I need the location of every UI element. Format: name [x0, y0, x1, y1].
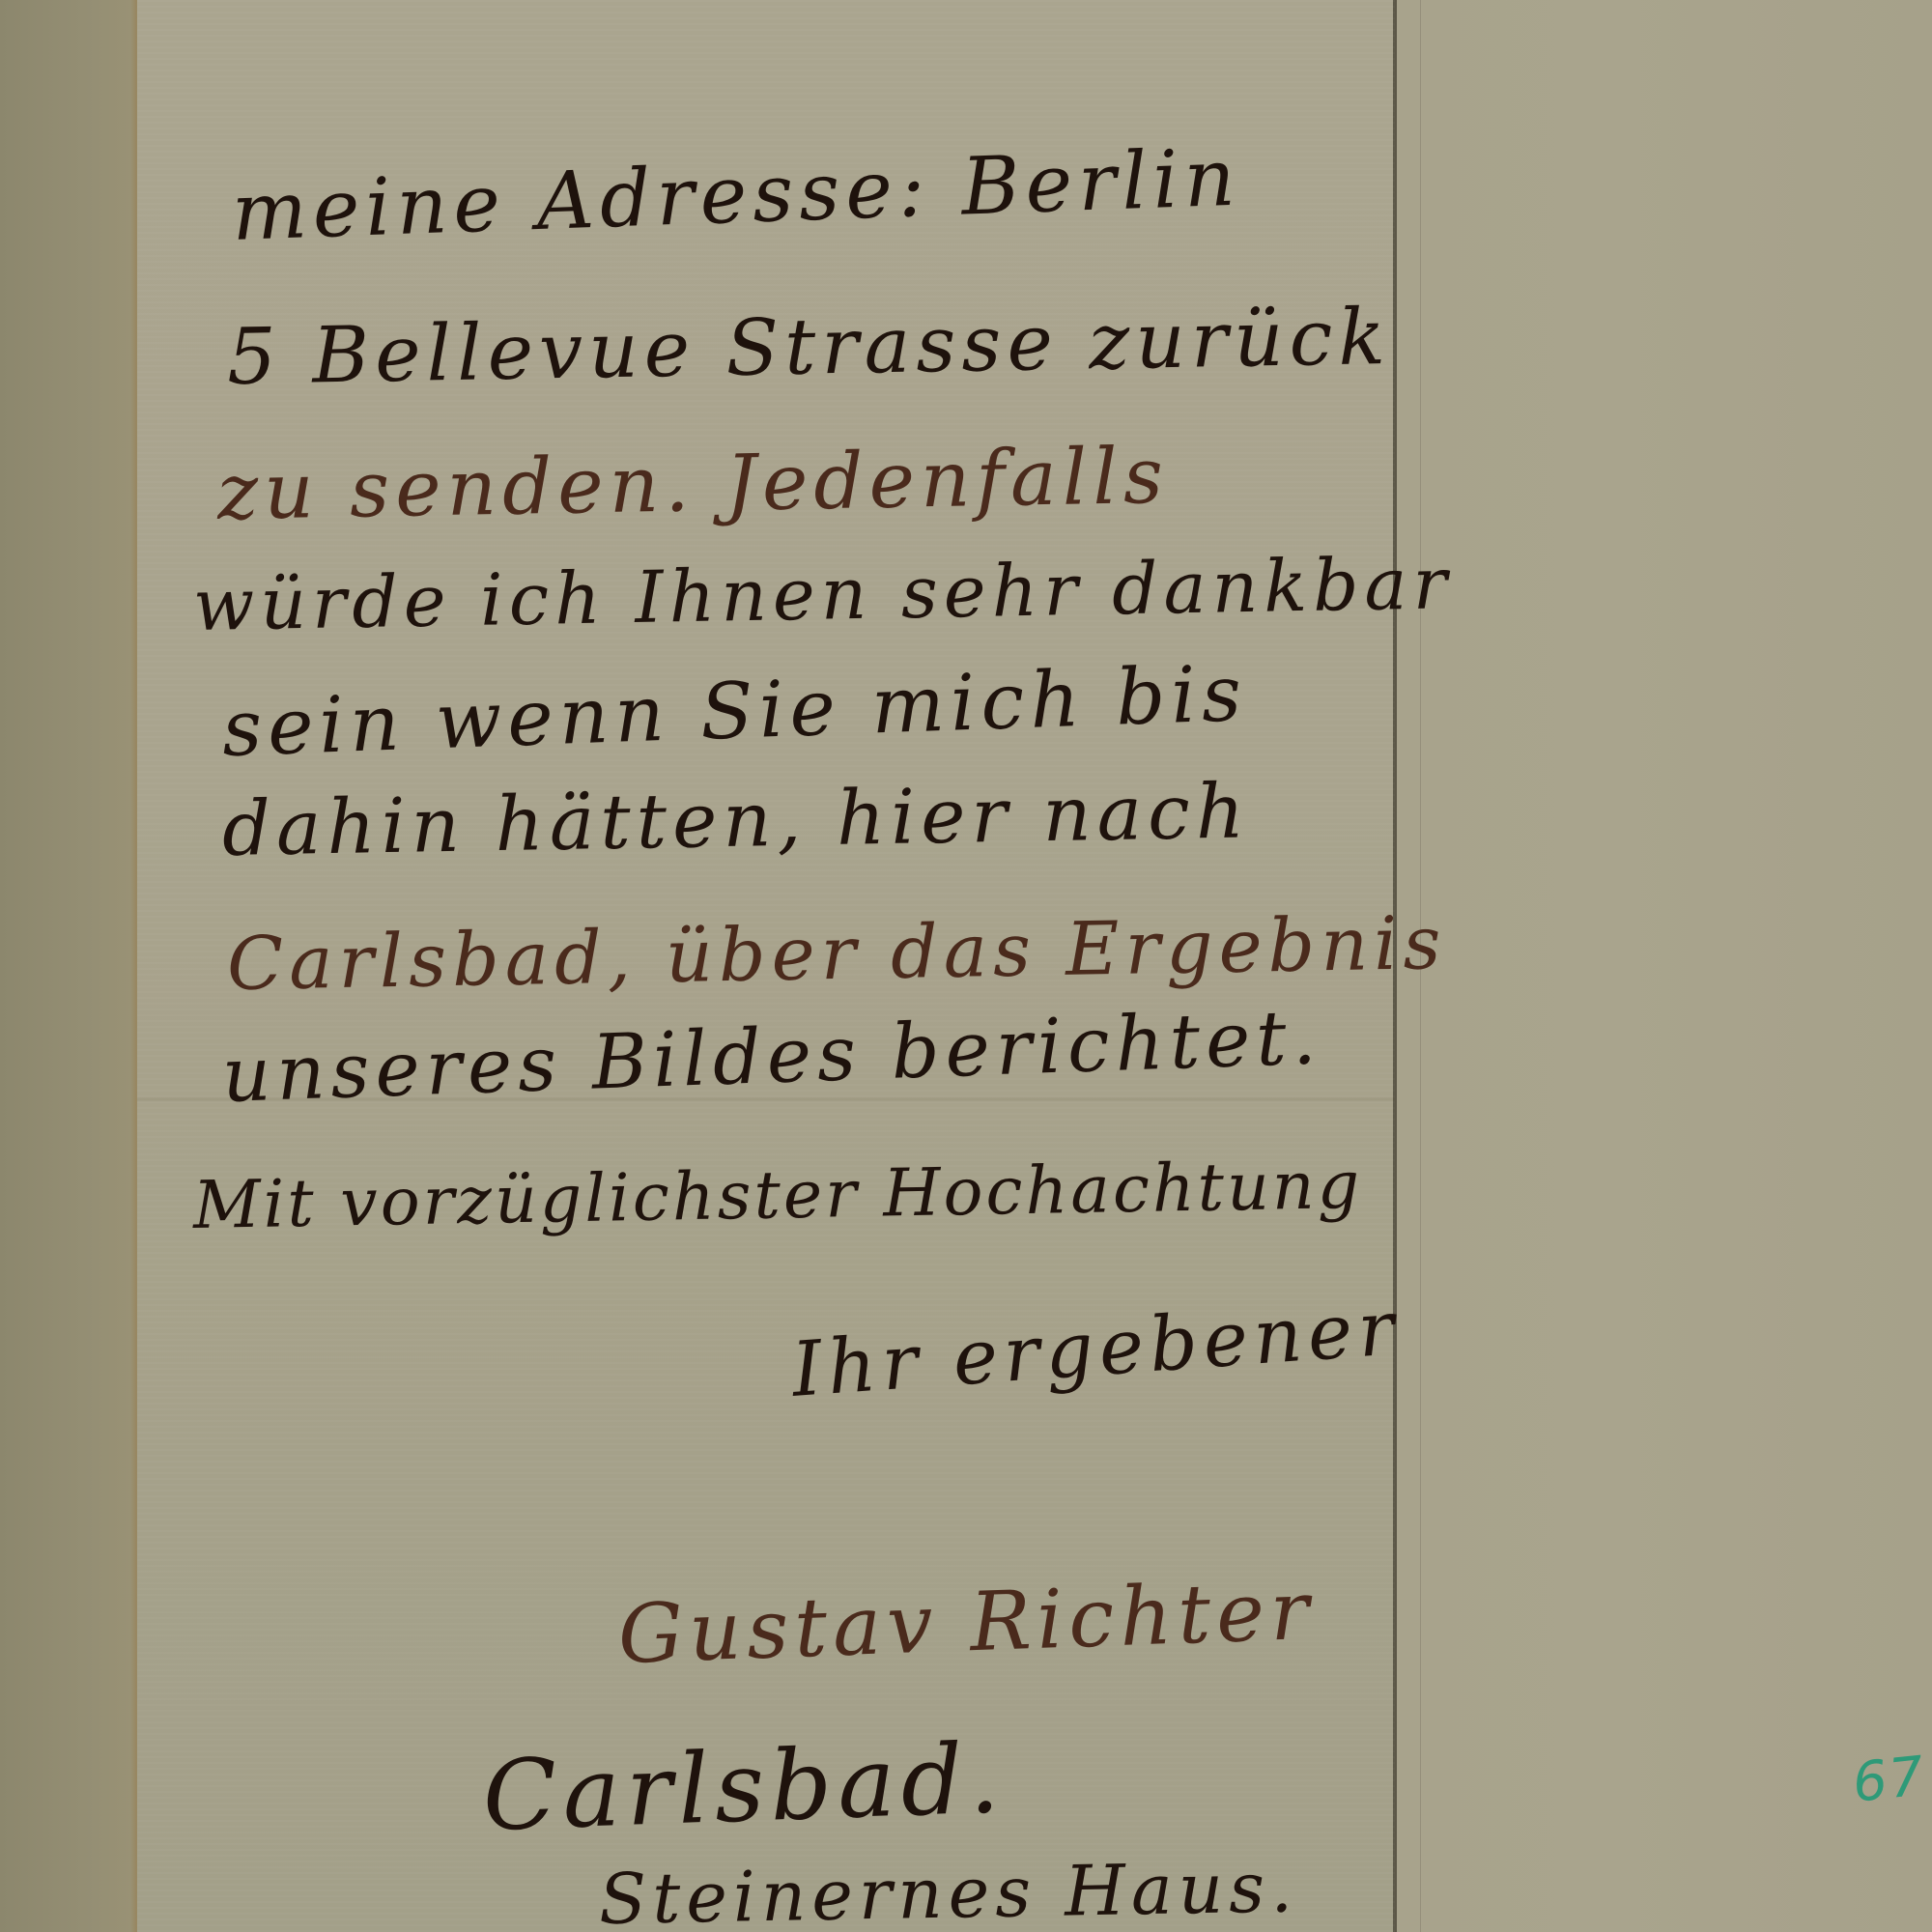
- letter-line-7: Carlsbad, über das Ergebnis: [226, 906, 1447, 1001]
- blank-right-page: [1397, 0, 1932, 1932]
- sender-city: Carlsbad.: [481, 1730, 1007, 1845]
- backing-board-left: [0, 0, 137, 1932]
- closing-salutation: Mit vorzüglichster Hochachtung: [192, 1153, 1362, 1239]
- letter-line-3: zu senden. Jedenfalls: [216, 438, 1169, 531]
- archive-number: 67: [1850, 1745, 1929, 1815]
- sender-house: Steinernes Haus.: [598, 1852, 1298, 1932]
- letter-line-2: 5 Bellevue Strasse zurück: [226, 298, 1391, 396]
- signature: Gustav Richter: [617, 1570, 1317, 1675]
- letter-line-4: würde ich Ihnen sehr dankbar: [192, 548, 1453, 641]
- letter-line-6: dahin hätten, hier nach: [221, 774, 1250, 867]
